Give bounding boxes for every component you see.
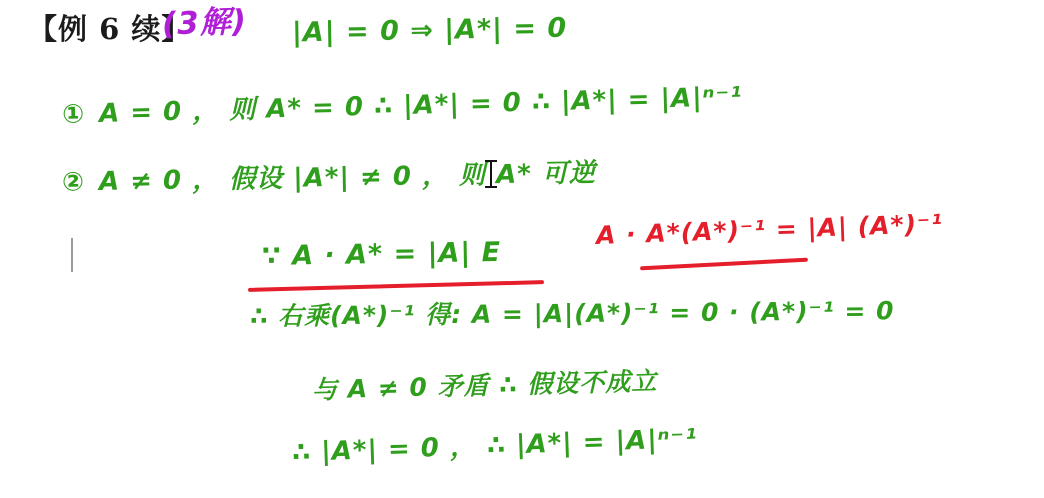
case1-line: ①A = 0 ， 则 A* = 0 ∴ |A*| = 0 ∴ |A*| = |A… xyxy=(62,83,743,129)
contradiction-line: 与 A ≠ 0 矛盾 ∴ 假设不成立 xyxy=(312,367,658,404)
i-beam-cap-bottom xyxy=(485,186,497,188)
case2-line: ②A ≠ 0 ， 假设 |A*| ≠ 0 ， 则 A* 可逆 xyxy=(62,159,596,197)
i-beam-cursor xyxy=(484,160,498,188)
case2-marker: ② xyxy=(62,167,86,197)
derivation-line: ∴ 右乘(A*)⁻¹ 得: A = |A|(A*)⁻¹ = 0 · (A*)⁻¹… xyxy=(250,297,895,330)
conclusion-line: ∴ |A*| = 0 ， ∴ |A*| = |A|ⁿ⁻¹ xyxy=(292,425,699,468)
premise-underline xyxy=(248,280,544,292)
side-step-underline xyxy=(640,258,808,271)
case1-text: A = 0 ， 则 A* = 0 ∴ |A*| = 0 ∴ |A*| = |A|… xyxy=(99,82,743,129)
whiteboard-canvas[interactable]: 【例 6 续】 (3解) |A| = 0 ⇒ |A*| = 0 ①A = 0 ，… xyxy=(0,0,1044,498)
side-step-formula: A · A*(A*)⁻¹ = |A| (A*)⁻¹ xyxy=(596,210,944,250)
claim-statement: |A| = 0 ⇒ |A*| = 0 xyxy=(292,14,568,48)
method-label: (3解) xyxy=(161,5,247,42)
case2-text: A ≠ 0 ， 假设 |A*| ≠ 0 ， 则 A* 可逆 xyxy=(99,158,596,197)
case1-marker: ① xyxy=(62,99,86,130)
i-beam-stem xyxy=(490,160,492,188)
premise-formula: ∵ A · A* = |A| E xyxy=(262,238,502,272)
text-caret xyxy=(71,238,73,272)
